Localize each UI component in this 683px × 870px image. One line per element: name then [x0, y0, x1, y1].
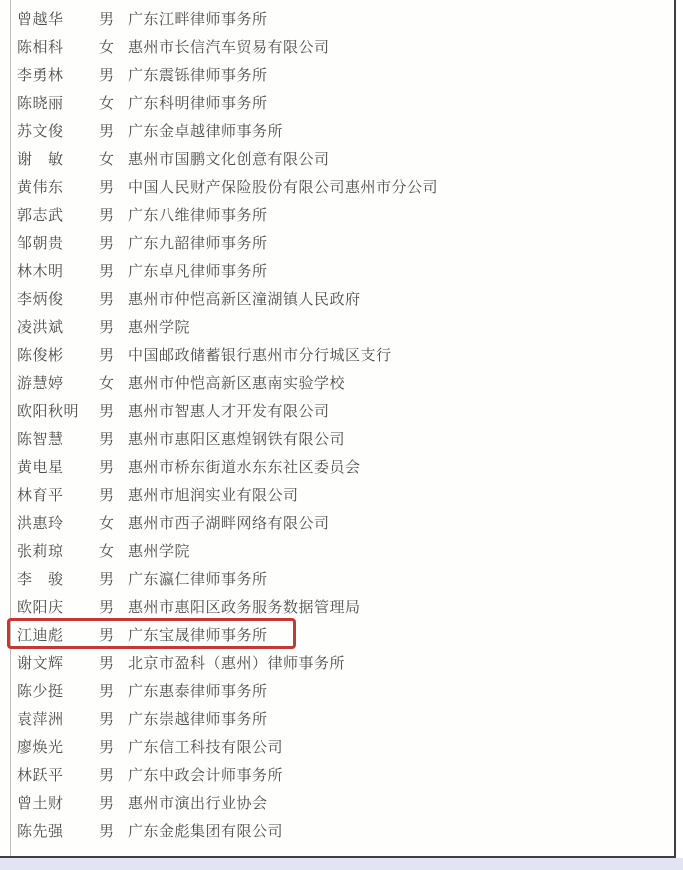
person-gender: 男: [99, 792, 128, 813]
person-gender: 男: [99, 764, 128, 785]
list-row: 林跃平 男 广东中政会计师事务所: [0, 760, 674, 788]
person-organization: 惠州市惠阳区政务服务数据管理局: [128, 596, 361, 617]
person-name: 李炳俊: [17, 288, 99, 309]
list-row: 陈智慧 男 惠州市惠阳区惠煌钢铁有限公司: [0, 424, 674, 452]
person-gender: 女: [99, 92, 128, 113]
person-organization: 惠州市西子湖畔网络有限公司: [128, 512, 330, 533]
recipient-list: 曾越华 男 广东江畔律师事务所 陈相科 女 惠州市长信汽车贸易有限公司 李勇林 …: [0, 4, 674, 844]
list-row: 游慧婷 女 惠州市仲恺高新区惠南实验学校: [0, 368, 674, 396]
person-name: 曾土财: [17, 792, 99, 813]
person-gender: 男: [99, 64, 128, 85]
list-row: 陈俊彬 男 中国邮政储蓄银行惠州市分行城区支行: [0, 340, 674, 368]
person-organization: 广东宝晟律师事务所: [128, 624, 268, 645]
person-organization: 广东九韶律师事务所: [128, 232, 268, 253]
person-name: 邹朝贵: [17, 232, 99, 253]
person-name: 欧阳秋明: [17, 400, 99, 421]
person-gender: 男: [99, 484, 128, 505]
person-organization: 惠州市仲恺高新区潼湖镇人民政府: [128, 288, 361, 309]
person-organization: 惠州市智惠人才开发有限公司: [128, 400, 330, 421]
person-name: 林跃平: [17, 764, 99, 785]
list-row: 李勇林 男 广东震铄律师事务所: [0, 60, 674, 88]
person-organization: 广东惠泰律师事务所: [128, 680, 268, 701]
list-row: 林木明 男 广东卓凡律师事务所: [0, 256, 674, 284]
person-organization: 惠州市旭润实业有限公司: [128, 484, 299, 505]
person-gender: 男: [99, 400, 128, 421]
person-name: 袁萍洲: [17, 708, 99, 729]
person-name: 李 骏: [17, 568, 99, 589]
person-gender: 男: [99, 120, 128, 141]
person-gender: 女: [99, 148, 128, 169]
person-gender: 男: [99, 820, 128, 841]
person-name: 陈少挺: [17, 680, 99, 701]
list-row: 曾土财 男 惠州市演出行业协会: [0, 788, 674, 816]
page: 曾越华 男 广东江畔律师事务所 陈相科 女 惠州市长信汽车贸易有限公司 李勇林 …: [0, 0, 683, 870]
person-gender: 男: [99, 652, 128, 673]
person-name: 陈相科: [17, 36, 99, 57]
person-organization: 惠州学院: [128, 316, 190, 337]
person-gender: 女: [99, 512, 128, 533]
person-gender: 男: [99, 344, 128, 365]
person-organization: 广东江畔律师事务所: [128, 8, 268, 29]
list-row: 陈晓丽 女 广东科明律师事务所: [0, 88, 674, 116]
person-organization: 广东信工科技有限公司: [128, 736, 283, 757]
person-gender: 男: [99, 232, 128, 253]
list-row: 李 骏 男 广东瀛仁律师事务所: [0, 564, 674, 592]
person-organization: 惠州市惠阳区惠煌钢铁有限公司: [128, 428, 345, 449]
person-name: 李勇林: [17, 64, 99, 85]
list-row: 黄电星 男 惠州市桥东街道水东东社区委员会: [0, 452, 674, 480]
list-row: 江迪彪 男 广东宝晟律师事务所: [0, 620, 674, 648]
person-gender: 女: [99, 372, 128, 393]
list-row: 黄伟东 男 中国人民财产保险股份有限公司惠州市分公司: [0, 172, 674, 200]
person-name: 谢 敏: [17, 148, 99, 169]
person-gender: 男: [99, 8, 128, 29]
person-organization: 广东金彪集团有限公司: [128, 820, 283, 841]
person-gender: 男: [99, 456, 128, 477]
person-gender: 女: [99, 540, 128, 561]
person-organization: 惠州市长信汽车贸易有限公司: [128, 36, 330, 57]
page-background-strip: [0, 858, 683, 870]
person-name: 陈先强: [17, 820, 99, 841]
document-panel: 曾越华 男 广东江畔律师事务所 陈相科 女 惠州市长信汽车贸易有限公司 李勇林 …: [0, 0, 676, 858]
list-row: 洪惠玲 女 惠州市西子湖畔网络有限公司: [0, 508, 674, 536]
person-organization: 惠州市桥东街道水东东社区委员会: [128, 456, 361, 477]
person-organization: 中国邮政储蓄银行惠州市分行城区支行: [128, 344, 392, 365]
person-name: 游慧婷: [17, 372, 99, 393]
list-row: 李炳俊 男 惠州市仲恺高新区潼湖镇人民政府: [0, 284, 674, 312]
person-organization: 广东瀛仁律师事务所: [128, 568, 268, 589]
list-row: 欧阳庆 男 惠州市惠阳区政务服务数据管理局: [0, 592, 674, 620]
person-name: 洪惠玲: [17, 512, 99, 533]
person-name: 曾越华: [17, 8, 99, 29]
list-row: 郭志武 男 广东八维律师事务所: [0, 200, 674, 228]
person-name: 张莉琼: [17, 540, 99, 561]
person-name: 苏文俊: [17, 120, 99, 141]
list-row: 廖焕光 男 广东信工科技有限公司: [0, 732, 674, 760]
person-organization: 惠州学院: [128, 540, 190, 561]
list-row: 陈相科 女 惠州市长信汽车贸易有限公司: [0, 32, 674, 60]
list-row: 谢 敏 女 惠州市国鹏文化创意有限公司: [0, 144, 674, 172]
person-organization: 惠州市演出行业协会: [128, 792, 268, 813]
person-name: 林木明: [17, 260, 99, 281]
person-organization: 惠州市仲恺高新区惠南实验学校: [128, 372, 345, 393]
list-row: 苏文俊 男 广东金卓越律师事务所: [0, 116, 674, 144]
person-name: 欧阳庆: [17, 596, 99, 617]
person-name: 凌洪斌: [17, 316, 99, 337]
person-organization: 广东金卓越律师事务所: [128, 120, 283, 141]
person-name: 谢文辉: [17, 652, 99, 673]
list-row: 袁萍洲 男 广东崇越律师事务所: [0, 704, 674, 732]
person-gender: 男: [99, 260, 128, 281]
person-gender: 女: [99, 36, 128, 57]
person-gender: 男: [99, 428, 128, 449]
list-row: 陈先强 男 广东金彪集团有限公司: [0, 816, 674, 844]
person-name: 陈俊彬: [17, 344, 99, 365]
person-name: 江迪彪: [17, 624, 99, 645]
person-organization: 广东科明律师事务所: [128, 92, 268, 113]
person-gender: 男: [99, 708, 128, 729]
person-name: 廖焕光: [17, 736, 99, 757]
person-organization: 广东卓凡律师事务所: [128, 260, 268, 281]
person-organization: 广东中政会计师事务所: [128, 764, 283, 785]
person-name: 陈晓丽: [17, 92, 99, 113]
list-row: 曾越华 男 广东江畔律师事务所: [0, 4, 674, 32]
list-row: 邹朝贵 男 广东九韶律师事务所: [0, 228, 674, 256]
list-row: 陈少挺 男 广东惠泰律师事务所: [0, 676, 674, 704]
person-organization: 广东崇越律师事务所: [128, 708, 268, 729]
person-gender: 男: [99, 316, 128, 337]
list-row: 谢文辉 男 北京市盈科（惠州）律师事务所: [0, 648, 674, 676]
person-name: 郭志武: [17, 204, 99, 225]
person-gender: 男: [99, 568, 128, 589]
person-gender: 男: [99, 596, 128, 617]
list-row: 张莉琼 女 惠州学院: [0, 536, 674, 564]
list-row: 林育平 男 惠州市旭润实业有限公司: [0, 480, 674, 508]
person-name: 黄伟东: [17, 176, 99, 197]
person-organization: 北京市盈科（惠州）律师事务所: [128, 652, 345, 673]
person-gender: 男: [99, 288, 128, 309]
person-organization: 中国人民财产保险股份有限公司惠州市分公司: [128, 176, 438, 197]
person-gender: 男: [99, 176, 128, 197]
person-name: 林育平: [17, 484, 99, 505]
person-name: 陈智慧: [17, 428, 99, 449]
person-organization: 广东震铄律师事务所: [128, 64, 268, 85]
person-organization: 惠州市国鹏文化创意有限公司: [128, 148, 330, 169]
list-row: 欧阳秋明 男 惠州市智惠人才开发有限公司: [0, 396, 674, 424]
person-gender: 男: [99, 736, 128, 757]
person-gender: 男: [99, 204, 128, 225]
person-name: 黄电星: [17, 456, 99, 477]
person-organization: 广东八维律师事务所: [128, 204, 268, 225]
person-gender: 男: [99, 624, 128, 645]
person-gender: 男: [99, 680, 128, 701]
list-row: 凌洪斌 男 惠州学院: [0, 312, 674, 340]
